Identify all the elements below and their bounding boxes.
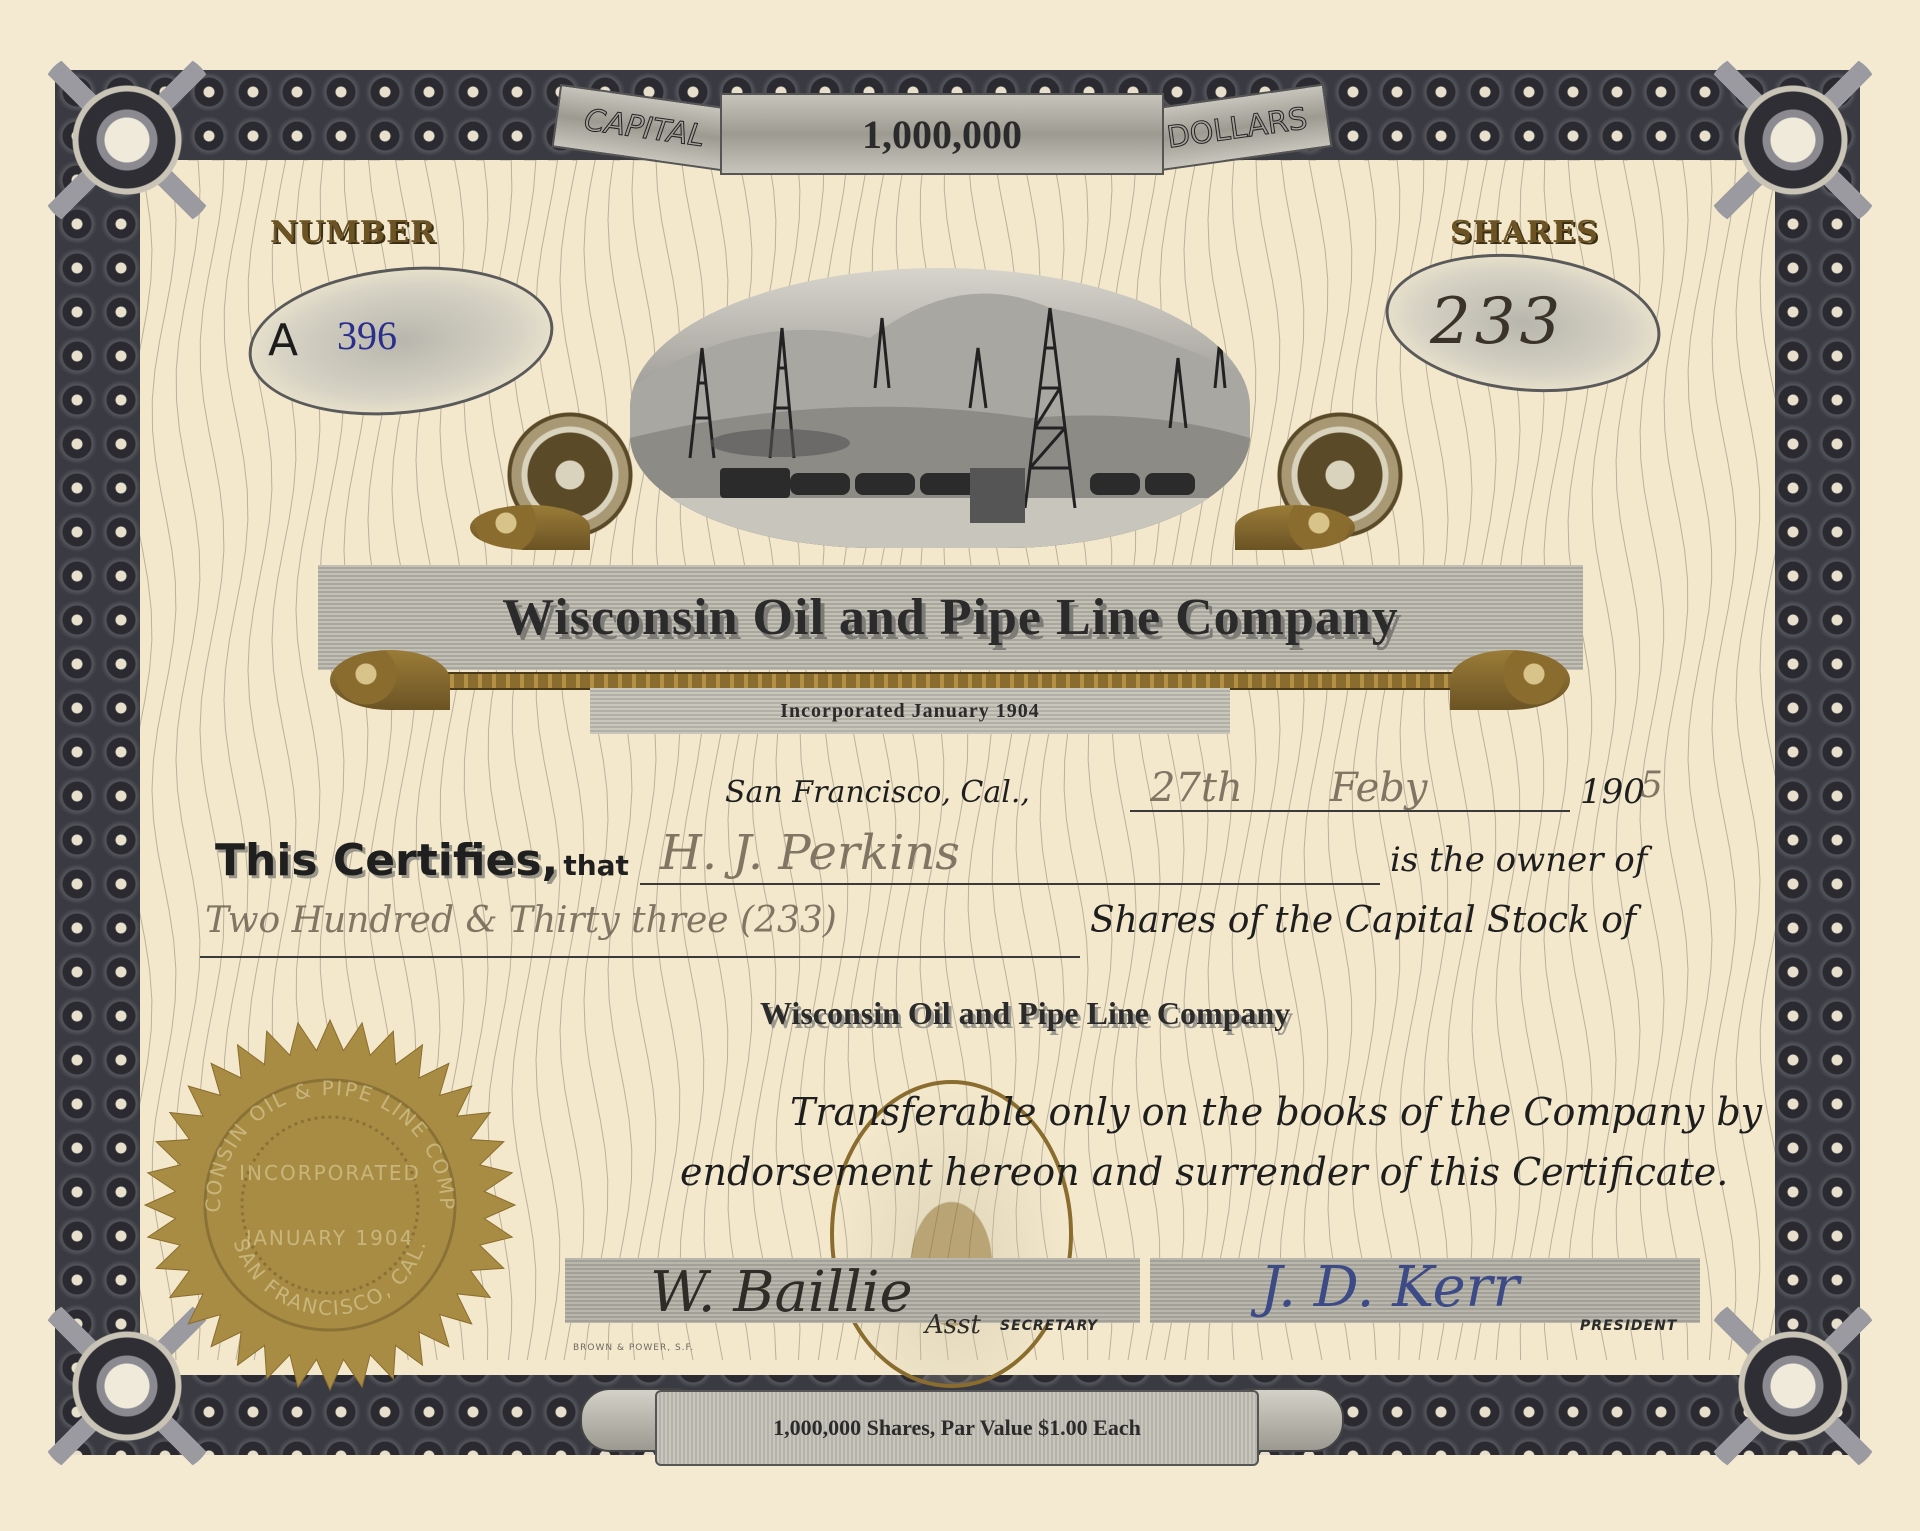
corner-ornament-bottom-right: [1708, 1301, 1878, 1471]
series-letter: A: [268, 315, 298, 366]
shares-of-stock-text: Shares of the Capital Stock of: [1090, 900, 1636, 941]
stock-certificate: CAPITAL DOLLARS 1,000,000 NUMBER SHARES …: [0, 0, 1920, 1531]
par-value-text: 1,000,000 Shares, Par Value $1.00 Each: [773, 1415, 1141, 1441]
shares-count-handwritten: 233: [1430, 285, 1564, 359]
certifies-heading: This Certifies, that: [215, 835, 629, 886]
secretary-title: SECRETARY: [1000, 1318, 1098, 1334]
printer-credit: BROWN & POWER, S.F.: [573, 1343, 694, 1353]
certifies-text: This Certifies,: [215, 835, 558, 886]
date-month-handwritten: Feby: [1330, 765, 1427, 811]
capital-label: CAPITAL: [551, 84, 737, 172]
gold-scroll-ornament: [1450, 650, 1570, 710]
secretary-signature: W. Baillie: [650, 1260, 913, 1325]
gold-scroll-ornament: [470, 505, 590, 550]
corner-ornament-top-right: [1708, 55, 1878, 225]
company-title: Wisconsin Oil and Pipe Line Company: [502, 588, 1399, 647]
certificate-number: 396: [337, 312, 397, 359]
incorporated-band: Incorporated January 1904: [590, 688, 1230, 734]
date-day-handwritten: 27th: [1150, 765, 1243, 811]
shares-label: SHARES: [1450, 215, 1599, 250]
incorporated-date: Incorporated January 1904: [780, 700, 1039, 723]
shares-words-rule: [200, 956, 1080, 958]
gold-scroll-ornament: [330, 650, 450, 710]
transfer-text-line-1: Transferable only on the books of the Co…: [790, 1090, 1762, 1134]
par-value-banner: 1,000,000 Shares, Par Value $1.00 Each: [655, 1390, 1259, 1466]
corner-ornament-top-left: [42, 55, 212, 225]
company-name-repeat: Wisconsin Oil and Pipe Line Company: [760, 995, 1290, 1032]
secretary-prefix-handwritten: Asst: [925, 1310, 981, 1340]
holder-name-handwritten: H. J. Perkins: [660, 825, 960, 881]
president-signature: J. D. Kerr: [1260, 1255, 1519, 1320]
dollars-label: DOLLARS: [1141, 84, 1332, 173]
gold-seal-icon: WISCONSIN OIL & PIPE LINE COMPANY SAN FR…: [140, 1015, 520, 1395]
oil-derrick-scene-icon: [630, 268, 1250, 548]
title-band: Wisconsin Oil and Pipe Line Company: [318, 565, 1583, 670]
holder-rule: [640, 883, 1380, 885]
date-year-handwritten: 5: [1640, 765, 1663, 806]
svg-text:INCORPORATED: INCORPORATED: [239, 1161, 421, 1185]
capital-amount: 1,000,000: [720, 93, 1164, 175]
oil-field-vignette: [630, 268, 1250, 548]
transfer-text-line-2: endorsement hereon and surrender of this…: [680, 1150, 1728, 1194]
owner-of-text: is the owner of: [1390, 840, 1647, 880]
number-label: NUMBER: [270, 215, 436, 250]
shares-words-handwritten: Two Hundred & Thirty three (233): [205, 900, 837, 941]
date-year-printed: 190: [1580, 772, 1645, 812]
certifies-that: that: [563, 849, 629, 882]
president-title: PRESIDENT: [1580, 1318, 1677, 1334]
gold-scroll-ornament: [1235, 505, 1355, 550]
place-text: San Francisco, Cal.,: [725, 775, 1030, 810]
svg-text:JANUARY 1904: JANUARY 1904: [244, 1226, 415, 1250]
capital-banner: CAPITAL DOLLARS 1,000,000: [545, 88, 1335, 188]
